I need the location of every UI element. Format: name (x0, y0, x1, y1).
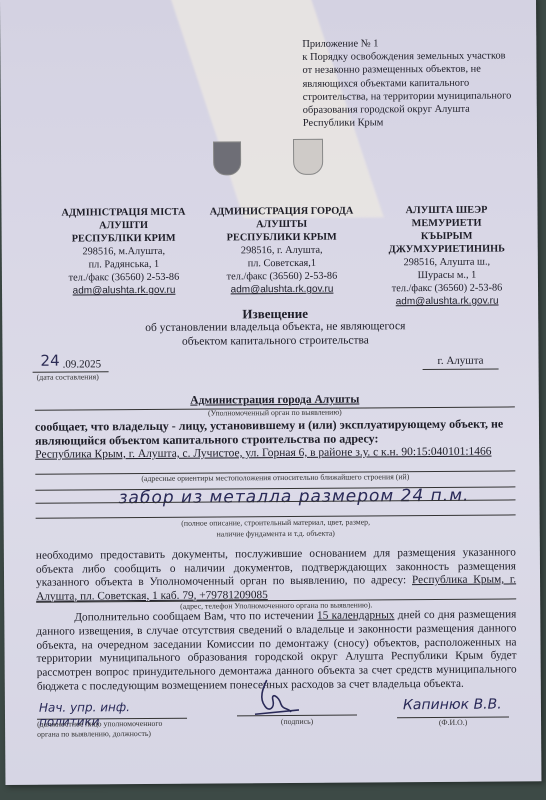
caption-line: наличие фундамента и т.д. объекта) (36, 527, 516, 541)
paragraph-text: Дополнительно сообщаем Вам, что по истеч… (74, 610, 317, 624)
phone-line: тел./факс (36560) 2-53-86 (39, 271, 209, 285)
org-name-line: КЪЫРЫМ ДЖУМХУРИЕТИНИНЬ (362, 229, 532, 256)
header-column-crimean-tatar: АЛУШТА ШЕЭР МЕМУРИЕТИ КЪЫРЫМ ДЖУМХУРИЕТИ… (361, 203, 532, 308)
signature-caption: (подпись) (237, 717, 357, 727)
object-description-handwritten: забор из металла размером 24 п.м. (118, 486, 469, 508)
object-description-caption: (полное описание, строительный материал,… (36, 516, 516, 540)
object-address-value: Республика Крым, г. Алушта, с. Лучистое,… (35, 446, 491, 461)
address-line: 298516, г. Алушта, (197, 243, 367, 257)
fio-field: Капинюк В.В. (397, 702, 509, 718)
org-name-line: РЕСПУБЛІКИ КРИМ (39, 232, 209, 246)
appendix-line: к Порядку освобождения земельных участко… (302, 49, 541, 64)
address-line: пл. Советская,1 (197, 256, 367, 270)
alushta-emblem-icon (293, 139, 323, 175)
org-name-line: АЛУШТА ШЕЭР (361, 203, 531, 217)
org-name-line: РЕСПУБЛИКИ КРЫМ (197, 230, 367, 244)
address-line: Шурасы м., 1 (362, 268, 532, 282)
org-name-line: МЕМУРИЕТИ (362, 216, 532, 230)
object-address-caption: (адресные ориентиры местоположения относ… (35, 471, 515, 483)
email-link[interactable]: adm@alushta.rk.gov.ru (39, 284, 209, 298)
signature-scribble-icon (245, 678, 305, 718)
city-field: г. Алушта (422, 355, 498, 371)
date-day-handwritten: 24 (40, 352, 59, 370)
org-name-line: АДМИНИСТРАЦИЯ ГОРОДА (196, 204, 366, 218)
org-name-line: АДМІНІСТРАЦІЯ МІСТА (38, 206, 208, 220)
notice-subtitle: об установлении владельца объекта, не яв… (2, 319, 541, 350)
appendix-header: Приложение № 1 к Порядку освобождения зе… (302, 36, 541, 130)
statement-text: сообщает, что владельцу - лицу, установи… (35, 416, 515, 447)
notice-document: Приложение № 1 к Порядку освобождения зе… (0, 0, 541, 785)
caption-line: органа по выявлению, должность) (37, 729, 197, 740)
appendix-line: Республики Крым (303, 115, 542, 130)
fio-handwritten: Капинюк В.В. (403, 697, 502, 714)
phone-line: тел./факс (36560) 2-53-86 (362, 281, 532, 295)
documents-paragraph: необходимо предоставить документы, послу… (36, 546, 516, 603)
phone-line: тел./факс (36560) 2-53-86 (197, 269, 367, 283)
object-address: Республика Крым, г. Алушта, с. Лучистое,… (35, 444, 515, 461)
official-position-field: Нач. упр. инф. политики (37, 704, 187, 720)
subtitle-line: объектом капитального строительства (2, 333, 541, 350)
appendix-line: строительства, на территории муниципальн… (303, 89, 542, 104)
address-line: 298516, Алушта ш., (362, 255, 532, 269)
official-caption: (должностное лицо уполномоченного органа… (37, 719, 197, 740)
header-column-ukrainian: АДМІНІСТРАЦІЯ МІСТА АЛУШТИ РЕСПУБЛІКИ КР… (38, 206, 209, 298)
date-field: 24 .09.2025 (32, 357, 108, 373)
crimea-emblem-icon (213, 141, 241, 175)
address-line: пл. Радянська, 1 (39, 258, 209, 272)
org-name-line: АЛУШТЫ (197, 217, 367, 231)
header-column-russian: АДМИНИСТРАЦИЯ ГОРОДА АЛУШТЫ РЕСПУБЛИКИ К… (196, 204, 367, 296)
date-month-year: .09.2025 (63, 358, 102, 370)
fio-caption: (Ф.И.О.) (397, 717, 509, 727)
org-name-line: АЛУШТИ (39, 219, 209, 233)
date-caption: (дата составления) (37, 372, 99, 381)
email-link[interactable]: adm@alushta.rk.gov.ru (197, 282, 367, 296)
deadline-days: 15 календарных (317, 609, 395, 622)
address-line: 298516, м.Алушта, (39, 245, 209, 259)
